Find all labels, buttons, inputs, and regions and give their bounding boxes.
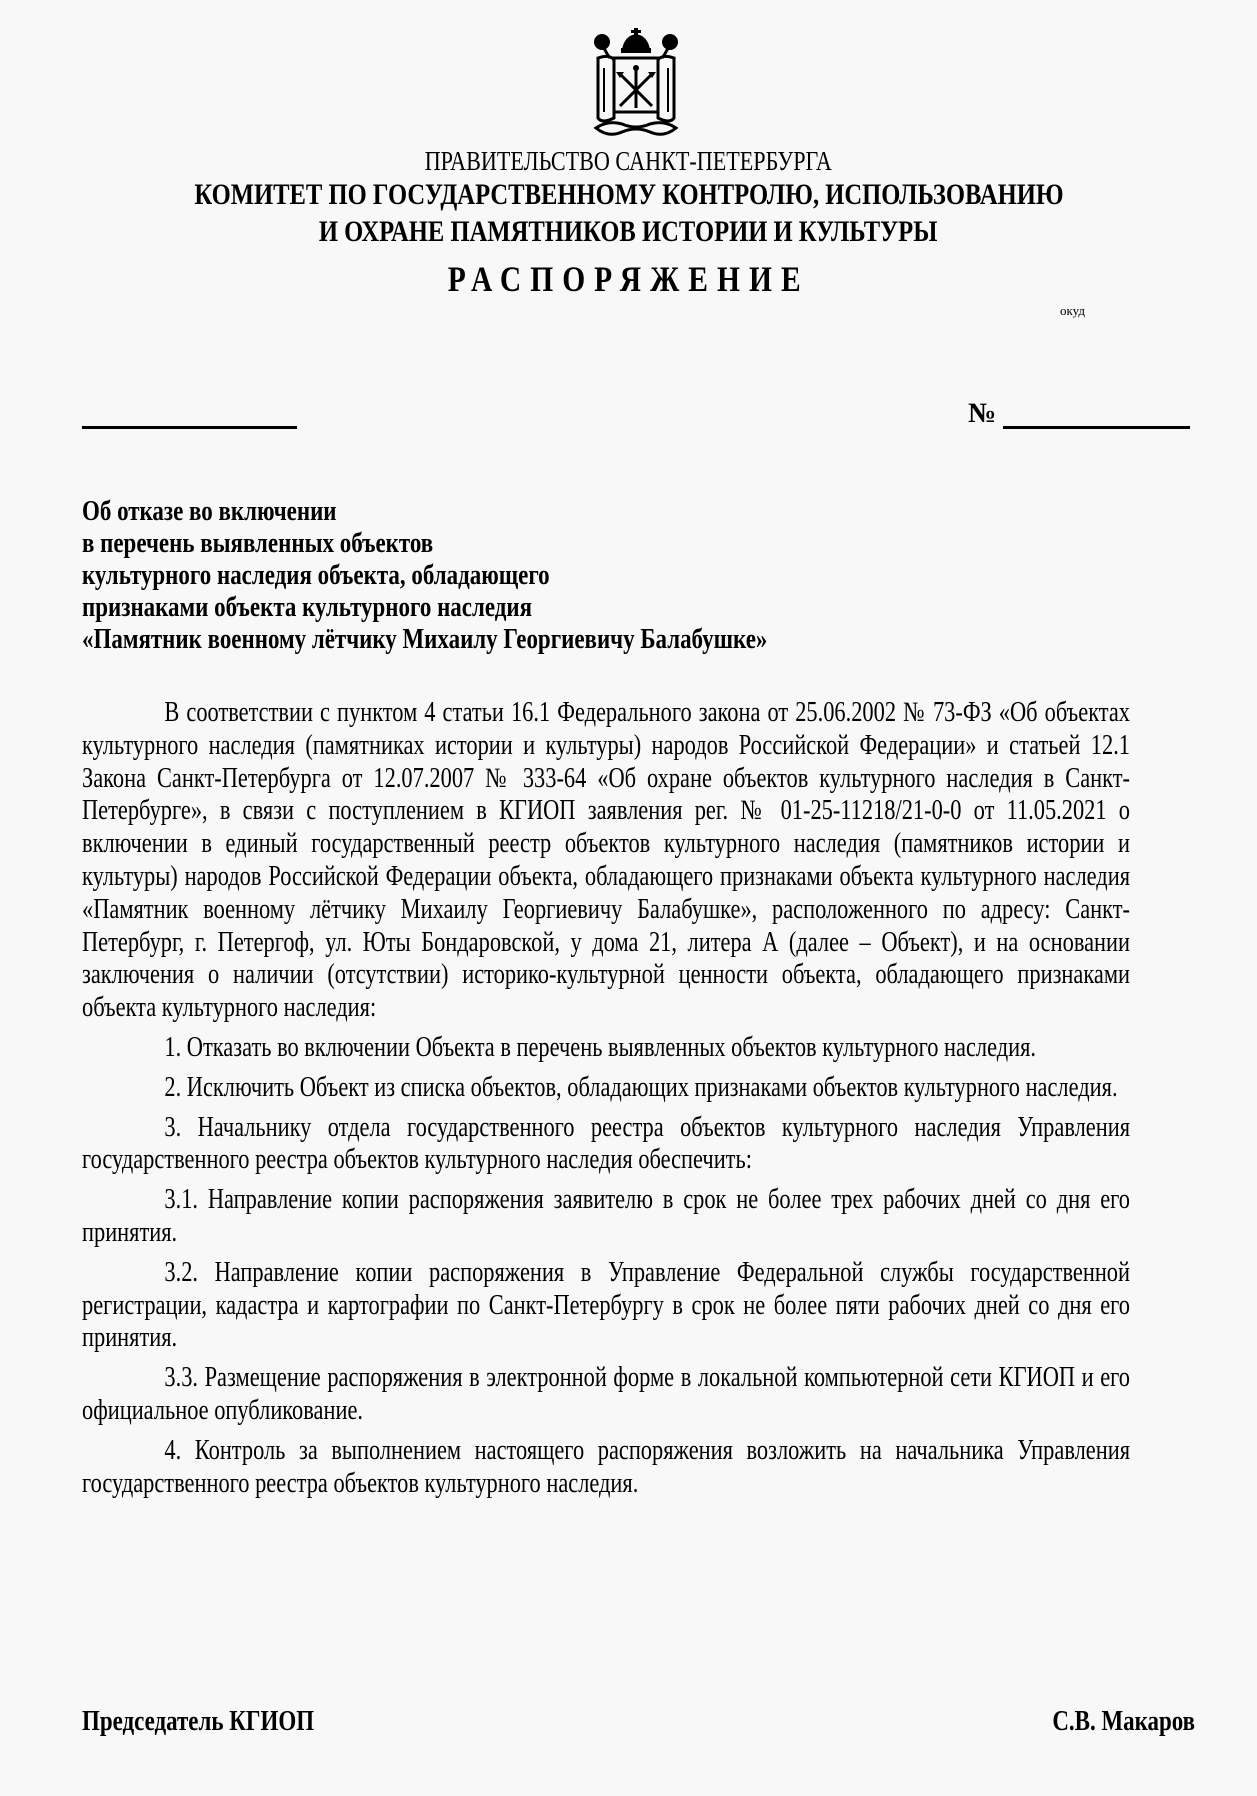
document-subject: Об отказе во включении в перечень выявле… — [82, 496, 767, 656]
document-body: В соответствии с пунктом 4 статьи 16.1 Ф… — [82, 697, 1130, 1500]
committee-name-line-2: И ОХРАНЕ ПАМЯТНИКОВ ИСТОРИИ И КУЛЬТУРЫ — [0, 215, 1257, 249]
committee-name-line-1: КОМИТЕТ ПО ГОСУДАРСТВЕННОМУ КОНТРОЛЮ, ИС… — [0, 178, 1257, 212]
subject-line: «Памятник военному лётчику Михаилу Георг… — [82, 624, 767, 656]
government-name: ПРАВИТЕЛЬСТВО САНКТ-ПЕТЕРБУРГА — [0, 146, 1257, 177]
number-sign: № — [968, 398, 996, 430]
clause-3: 3. Начальнику отдела государственного ре… — [82, 1112, 1130, 1178]
subject-line: Об отказе во включении — [82, 496, 767, 528]
clause-4: 4. Контроль за выполнением настоящего ра… — [82, 1435, 1130, 1501]
coat-of-arms-icon — [588, 28, 684, 144]
document-type-title: РАСПОРЯЖЕНИЕ — [0, 258, 1257, 300]
date-blank-line — [82, 426, 297, 429]
clause-2: 2. Исключить Объект из списка объектов, … — [82, 1072, 1130, 1105]
signatory-position: Председатель КГИОП — [82, 1706, 314, 1738]
clause-3-2: 3.2. Направление копии распоряжения в Уп… — [82, 1257, 1130, 1355]
okud-label: окуд — [1060, 303, 1085, 319]
subject-line: признаками объекта культурного наследия — [82, 592, 767, 624]
subject-line: культурного наследия объекта, обладающег… — [82, 560, 767, 592]
clause-3-3: 3.3. Размещение распоряжения в электронн… — [82, 1362, 1130, 1428]
clause-1: 1. Отказать во включении Объекта в переч… — [82, 1032, 1130, 1065]
number-blank-line — [1003, 426, 1190, 429]
preamble-paragraph: В соответствии с пунктом 4 статьи 16.1 Ф… — [82, 697, 1130, 1025]
subject-line: в перечень выявленных объектов — [82, 528, 767, 560]
clause-3-1: 3.1. Направление копии распоряжения заяв… — [82, 1184, 1130, 1250]
signatory-name: С.В. Макаров — [1052, 1706, 1195, 1738]
